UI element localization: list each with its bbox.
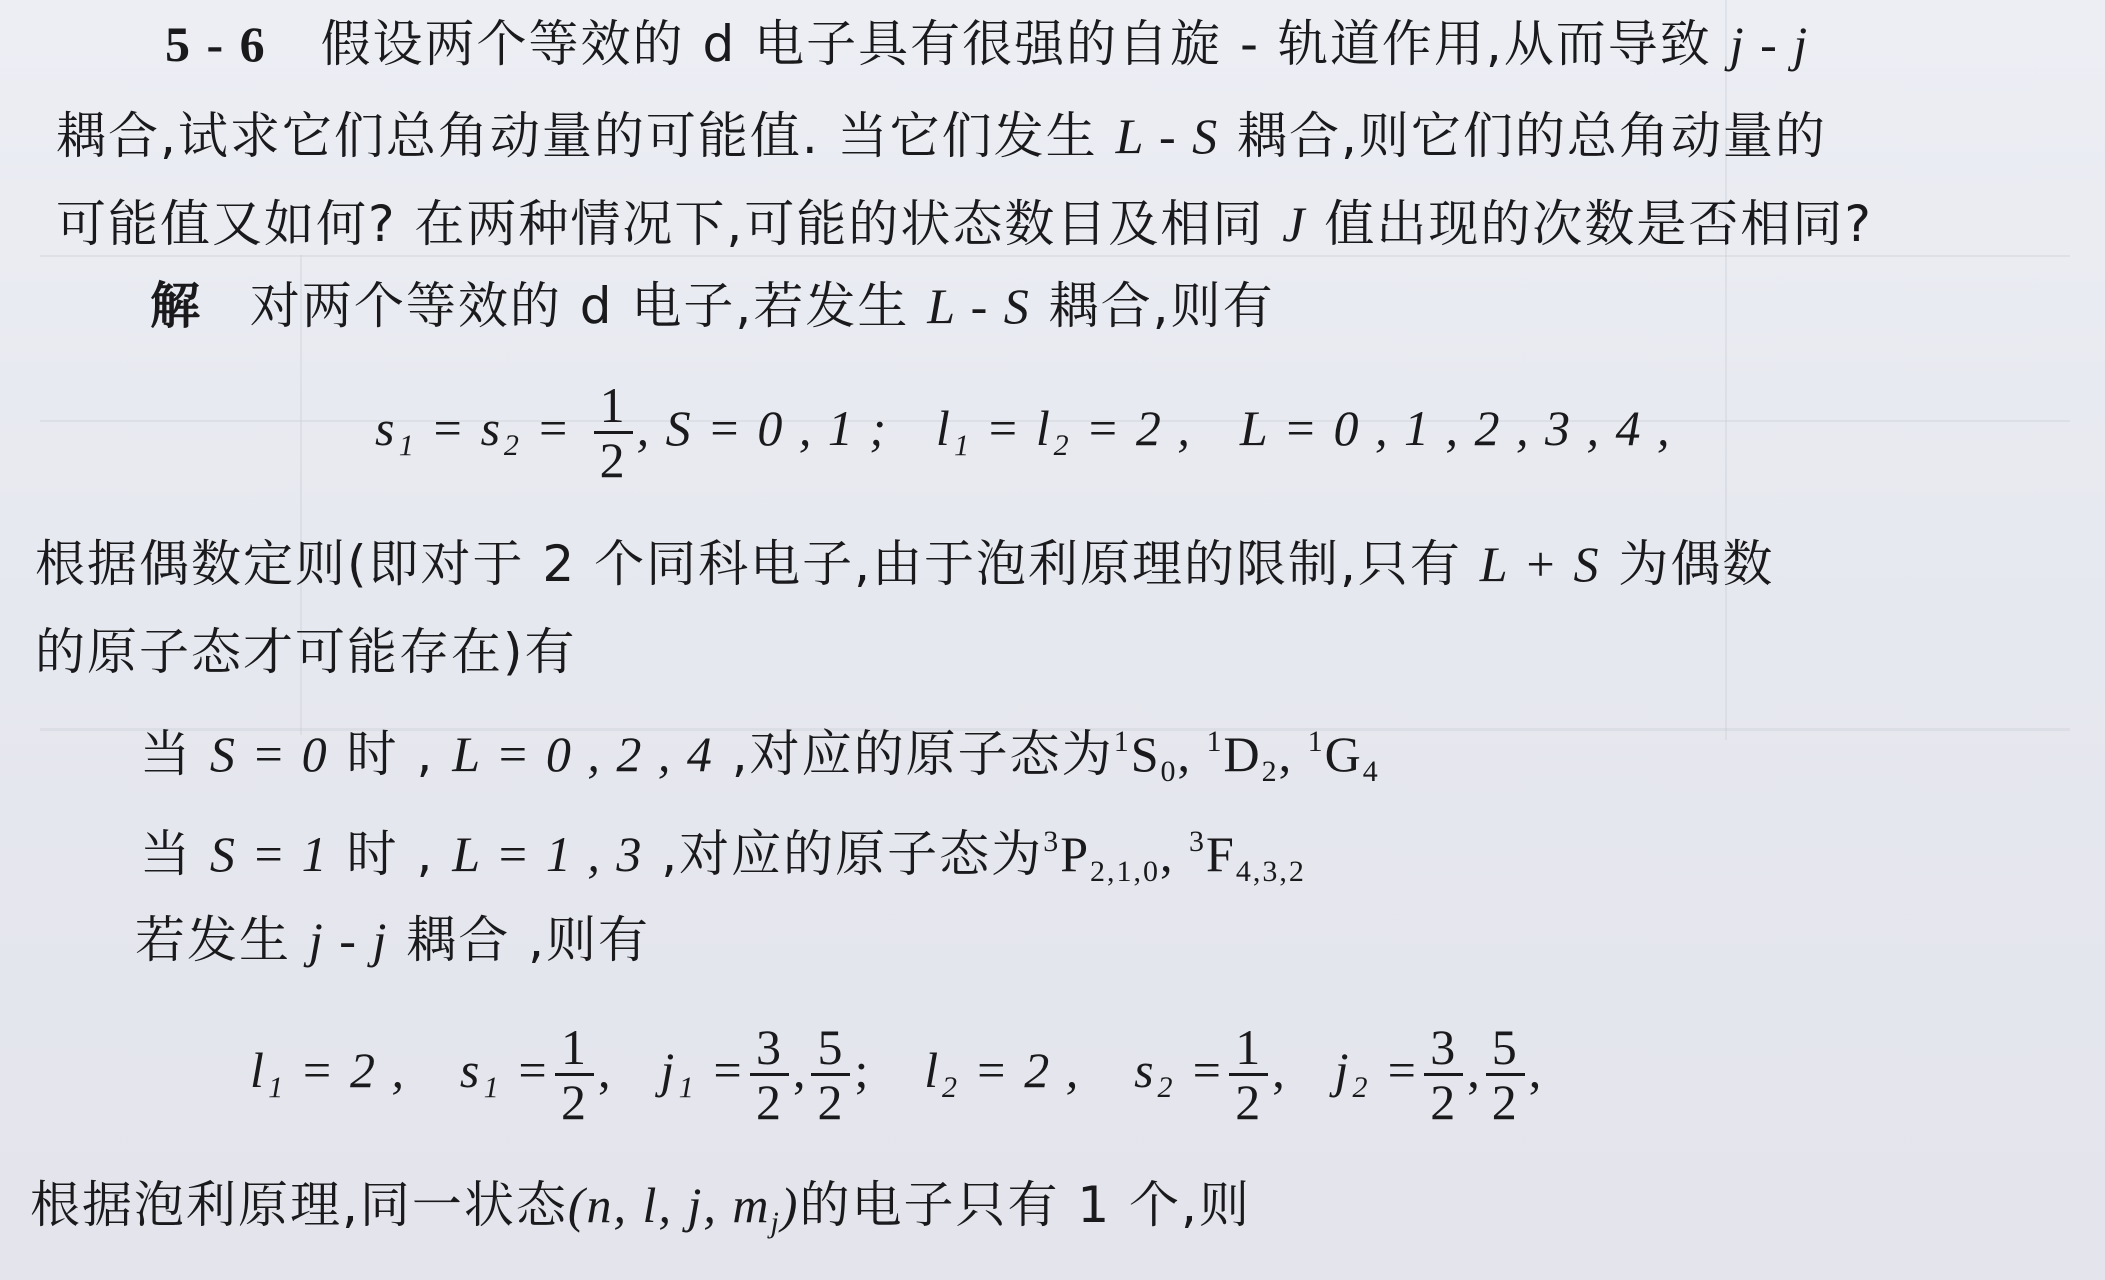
solution-text: 耦合 ,则有	[388, 911, 650, 969]
math-l-values: l₁ = l₂ = 2 ,	[936, 400, 1192, 456]
fraction: 12	[594, 379, 633, 486]
fraction: 52	[1486, 1021, 1525, 1128]
math-ls: L - S	[1116, 108, 1220, 164]
math-L-values: L = 0 , 2 , 4	[452, 726, 714, 782]
math-j2: j₂ =	[1335, 1042, 1421, 1098]
solution-text: 根据偶数定则(即对于 2 个同科电子,由于泡利原理的限制,只有	[35, 535, 1480, 593]
fraction: 12	[1229, 1021, 1268, 1128]
math-S-values: , S = 0 , 1 ;	[637, 400, 888, 456]
fraction: 32	[1424, 1021, 1463, 1128]
math-S1: S = 1	[210, 826, 329, 882]
math-l1: l₁ = 2 ,	[250, 1042, 406, 1098]
problem-line-1: 5 - 6 假设两个等效的 d 电子具有很强的自旋 - 轨道作用,从而导致 j …	[165, 14, 1809, 74]
parity-line-2: 的原子态才可能存在)有	[35, 622, 577, 682]
bleed-line	[40, 255, 2070, 257]
math-s1: s₁ =	[460, 1042, 551, 1098]
fraction: 12	[555, 1021, 594, 1128]
parity-line-1: 根据偶数定则(即对于 2 个同科电子,由于泡利原理的限制,只有 L + S 为偶…	[35, 534, 1774, 594]
case-s1: 当 S = 1 时 , L = 1 , 3 ,对应的原子态为3P2,1,0, 3…	[140, 812, 1306, 902]
solution-text: 为偶数	[1600, 535, 1774, 593]
term-symbol: 1S0	[1114, 726, 1178, 782]
math-j1: j₁ =	[660, 1042, 746, 1098]
solution-text: 的电子只有 1 个,则	[799, 1176, 1251, 1234]
math-L-values: L = 0 , 1 , 2 , 3 , 4 ,	[1240, 400, 1672, 456]
math-quantum-numbers: (n, l, j, m	[568, 1177, 771, 1233]
math-ls: L - S	[927, 278, 1031, 334]
math-jj: j - j	[1730, 16, 1809, 72]
term-symbol: 3P2,1,0	[1043, 826, 1160, 882]
equation-jj: l₁ = 2 , s₁ =12, j₁ =32,52; l₂ = 2 , s₂ …	[250, 1010, 1543, 1130]
solution-text: 根据泡利原理,同一状态	[30, 1176, 568, 1234]
math-s: s₁ = s₂ =	[375, 400, 572, 456]
term-symbol: 1G4	[1308, 726, 1380, 782]
problem-text: 耦合,则它们的总角动量的	[1219, 107, 1827, 165]
math-S0: S = 0	[210, 726, 329, 782]
math-paren: )	[781, 1177, 800, 1233]
term-symbol: 3F4,3,2	[1189, 826, 1306, 882]
solution-text: 时 ,	[329, 825, 453, 883]
equation-ls: s₁ = s₂ = 12, S = 0 , 1 ; l₁ = l₂ = 2 , …	[375, 368, 1671, 488]
fraction: 52	[811, 1021, 850, 1128]
fraction: 32	[750, 1021, 789, 1128]
solution-text: 时 ,	[329, 725, 453, 783]
problem-text: 可能值又如何? 在两种情况下,可能的状态数目及相同	[56, 195, 1282, 253]
math-l2: l₂ = 2 ,	[924, 1042, 1080, 1098]
term-symbol: 1D2	[1207, 726, 1279, 782]
problem-line-2: 耦合,试求它们总角动量的可能值. 当它们发生 L - S 耦合,则它们的总角动量…	[56, 106, 1827, 166]
pauli-line: 根据泡利原理,同一状态(n, l, j, mj)的电子只有 1 个,则	[30, 1175, 1251, 1253]
problem-text: 假设两个等效的 d 电子具有很强的自旋 - 轨道作用,从而导致	[321, 15, 1730, 73]
case-s0: 当 S = 0 时 , L = 0 , 2 , 4 ,对应的原子态为1S0, 1…	[140, 712, 1380, 802]
solution-label: 解	[150, 277, 202, 335]
solution-text: 耦合,则有	[1031, 277, 1275, 335]
solution-text: 的原子态才可能存在)有	[35, 623, 577, 681]
math-s2: s₂ =	[1134, 1042, 1225, 1098]
math-J: J	[1282, 196, 1306, 252]
problem-line-3: 可能值又如何? 在两种情况下,可能的状态数目及相同 J 值出现的次数是否相同?	[56, 194, 1873, 254]
math-subscript: j	[770, 1206, 780, 1239]
math-jj: j - j	[309, 912, 388, 968]
solution-text: 对两个等效的 d 电子,若发生	[250, 277, 927, 335]
math-LplusS: L + S	[1480, 536, 1601, 592]
solution-intro: 解 对两个等效的 d 电子,若发生 L - S 耦合,则有	[150, 276, 1275, 336]
math-L-values: L = 1 , 3	[452, 826, 643, 882]
jj-intro: 若发生 j - j 耦合 ,则有	[135, 910, 650, 970]
problem-text: 值出现的次数是否相同?	[1306, 195, 1872, 253]
solution-text: ,对应的原子态为	[714, 725, 1114, 783]
problem-text: 耦合,试求它们总角动量的可能值. 当它们发生	[56, 107, 1116, 165]
problem-number: 5 - 6	[165, 16, 267, 72]
solution-text: 当	[140, 825, 210, 883]
solution-text: 当	[140, 725, 210, 783]
solution-text: ,对应的原子态为	[643, 825, 1043, 883]
solution-text: 若发生	[135, 911, 309, 969]
